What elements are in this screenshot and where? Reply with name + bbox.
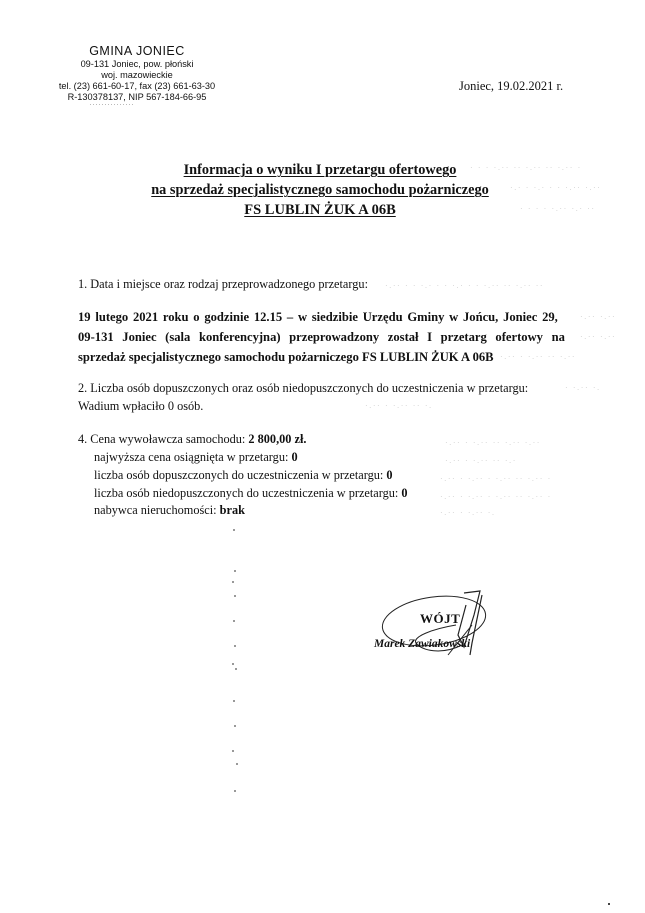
scan-speck [236,763,238,765]
admitted-count-label: liczba osób dopuszczonych do uczestnicze… [94,468,386,482]
title-line-1: Informacja o wyniku I przetargu ofertowe… [184,162,457,178]
starting-price-label: 4. Cena wywoławcza samochodu: [78,432,248,446]
highest-price-label: najwyższa cena osiągnięta w przetargu: [94,450,291,464]
section-1-word: Urzędu [363,310,403,325]
section-1-word: siedzibie [312,310,358,325]
section-1-word: 29, [542,310,558,325]
section-1-heading: 1. Data i miejsce oraz rodzaj przeprowad… [78,277,368,292]
scan-speck [235,668,237,670]
section-2-heading: 2. Liczba osób dopuszczonych oraz osób n… [78,381,528,396]
section-1-word: konferencyjna) [199,330,281,345]
letterhead-dotted-line: ··············· [0,103,242,107]
scan-speck [233,620,235,622]
not-admitted-count-label: liczba osób niedopuszczonych do uczestni… [94,486,401,500]
scan-speck [234,645,236,647]
buyer-label: nabywca nieruchomości: [94,503,220,517]
section-1-line-1: 19lutego2021rokuogodzinie12.15–wsiedzibi… [78,310,558,325]
section-1-line-2: 09-131Joniec(salakonferencyjna)przeprowa… [78,330,565,345]
bleed-through-noise: ·.·· ·.·· [580,332,616,341]
section-1-word: 09-131 [78,330,114,345]
scan-speck [233,529,235,531]
letterhead-phone-fax: tel. (23) 661-60-17, fax (23) 661-63-30 [32,81,242,92]
letterhead-address: 09-131 Joniec, pow. płoński [32,59,242,70]
signatory-title: WÓJT [420,611,460,627]
section-1-word: 19 [78,310,91,325]
section-4-highest-price: najwyższa cena osiągnięta w przetargu: 0 [94,450,298,465]
section-1-word: roku [163,310,189,325]
bleed-through-noise: ·.·· · ·.·· · ·.·· ·· ·.·· · [440,492,552,501]
highest-price-value: 0 [291,450,297,464]
buyer-value: brak [220,503,245,517]
section-1-word: 2021 [133,310,158,325]
section-1-word: przetarg [441,330,487,345]
scan-speck [232,581,234,583]
bleed-through-noise: ·.·· · ·.·· ·· ·. [365,401,433,410]
place-and-date: Joniec, 19.02.2021 r. [459,79,563,94]
scan-speck [608,903,610,905]
section-1-word: 12.15 [254,310,282,325]
section-1-word: został [388,330,419,345]
section-1-word: – [287,310,293,325]
scan-speck [234,790,236,792]
letterhead-voivodeship: woj. mazowieckie [32,70,242,81]
section-4-buyer: nabywca nieruchomości: brak [94,503,245,518]
section-1-line-3: sprzedaż specjalistycznego samochodu poż… [78,350,494,365]
section-4-not-admitted-count: liczba osób niedopuszczonych do uczestni… [94,486,408,501]
section-1-word: Joniec [503,310,537,325]
bleed-through-noise: · ·.·· ·. [565,383,601,392]
section-1-word: I [427,330,432,345]
scanned-document-page: GMINA JONIEC 09-131 Joniec, pow. płoński… [0,0,645,913]
admitted-count-value: 0 [386,468,392,482]
section-1-word: Jońcu, [463,310,498,325]
scan-speck [234,595,236,597]
section-1-word: godzinie [204,310,249,325]
bleed-through-noise: ·.·· · ·.·· ·· ·.· [445,456,517,465]
scan-speck [234,570,236,572]
letterhead-stamp: GMINA JONIEC 09-131 Joniec, pow. płoński… [32,44,242,107]
section-1-word: w [298,310,307,325]
section-1-word: Gminy [407,310,444,325]
signatory-name: Marek Zawiakowski [374,638,470,650]
title-line-3: FS LUBLIN ŻUK A 06B [244,202,396,218]
bleed-through-noise: ·.·· ·.·· [580,312,616,321]
bleed-through-noise: · · · ·.·· ·· ·.·· ·· ·.·· · [470,163,582,172]
section-4-starting-price: 4. Cena wywoławcza samochodu: 2 800,00 z… [78,432,306,447]
section-1-word: w [449,310,458,325]
section-4-admitted-count: liczba osób dopuszczonych do uczestnicze… [94,468,393,483]
starting-price-value: 2 800,00 zł. [248,432,306,446]
bleed-through-noise: ·.·· · ·.·· · ·.·· ·· ·.·· · [440,474,552,483]
section-2-deposit: Wadium wpłaciło 0 osób. [78,399,203,414]
section-1-word: (sala [165,330,190,345]
bleed-through-noise: ·.·· · · ·.· · · ·.· · · ·.·· ·· ·.·· ·· [385,281,544,290]
bleed-through-noise: ·.·· · ·.·· ·. [440,508,496,517]
section-1-word: ofertowy [495,330,543,345]
scan-speck [234,725,236,727]
document-title: Informacja o wyniku I przetargu ofertowe… [120,160,520,220]
section-1-word: przeprowadzony [289,330,379,345]
title-line-2: na sprzedaż specjalistycznego samochodu … [151,182,489,198]
bleed-through-noise: ·.·· · ·.·· ·· ·.·· ·.·· [445,438,541,447]
letterhead-municipality-name: GMINA JONIEC [32,44,242,59]
bleed-through-noise: ·.· · ·.· · · ·.·· ·.·· [510,183,601,192]
bleed-through-noise: ·.·· · ·.·· ·· ·.·· [500,352,576,361]
section-1-word: Joniec [122,330,156,345]
scan-speck [233,700,235,702]
scan-speck [232,750,234,752]
scan-speck [232,663,234,665]
signature-block: WÓJT Marek Zawiakowski [372,585,512,665]
section-1-word: lutego [95,310,128,325]
section-1-word: o [193,310,199,325]
not-admitted-count-value: 0 [401,486,407,500]
bleed-through-noise: · · · · ·.·· ·.· ·· [520,204,596,213]
section-1-word: na [552,330,565,345]
letterhead-registry: R-130378137, NIP 567-184-66-95 [32,92,242,103]
